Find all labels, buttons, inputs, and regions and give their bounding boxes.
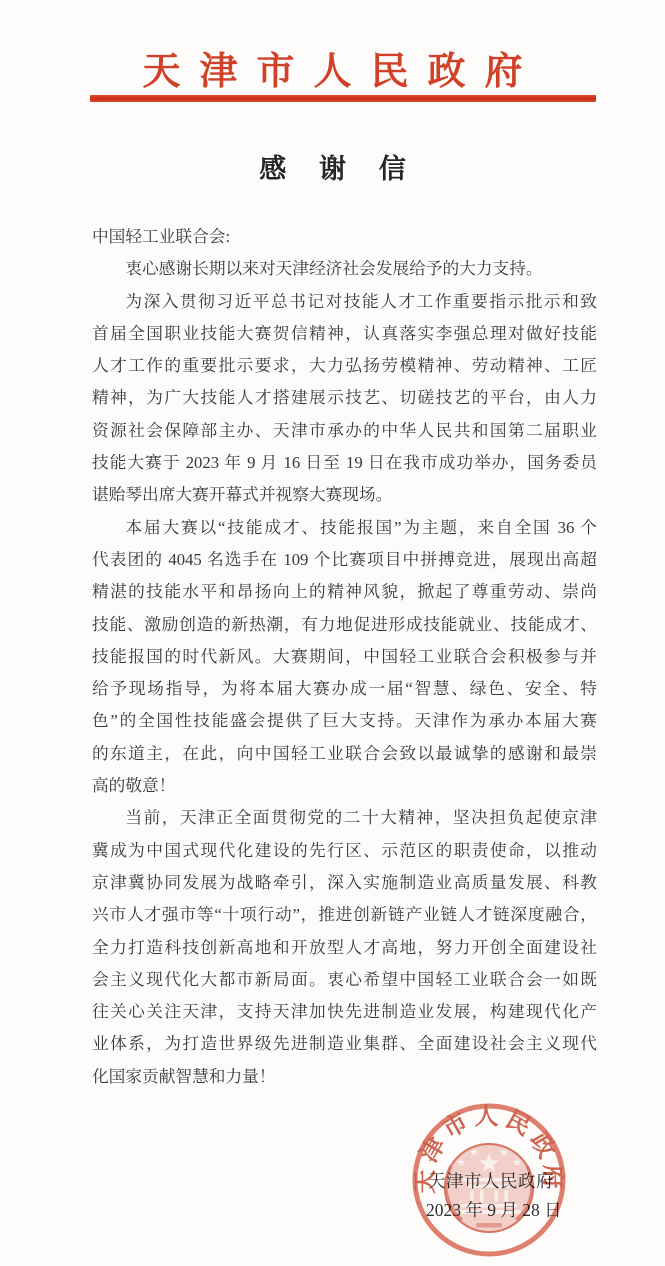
letterhead-org-name: 天津市人民政府: [0, 40, 665, 95]
letter-line: 兴市人才强市等“十项行动”，推进创新链产业链人才链深度融合，: [92, 899, 597, 931]
letter-line: 色”的全国性技能盛会提供了巨大支持。天津作为承办本届大赛: [92, 705, 597, 737]
letter-line: 本届大赛以“技能成才、技能报国”为主题，来自全国 36 个: [92, 512, 597, 544]
letterhead-rule: [90, 95, 596, 102]
letter-line: 首届全国职业技能大赛贺信精神，认真落实李强总理对做好技能: [92, 318, 597, 350]
letter-line: 精湛的技能水平和昂扬向上的精神风貌，掀起了尊重劳动、崇尚: [92, 576, 597, 608]
letter-line: 当前，天津正全面贯彻党的二十大精神，坚决担负起使京津: [92, 802, 597, 834]
svg-text:★: ★: [499, 1146, 509, 1159]
letter-line: 衷心感谢长期以来对天津经济社会发展给予的大力支持。: [92, 253, 597, 285]
letter-line: 精神，为广大技能人才搭建展示技艺、切磋技艺的平台，由人力: [92, 382, 597, 414]
letter-line: 京津冀协同发展为战略牵引，深入实施制造业高质量发展、科教: [92, 867, 597, 899]
letter-line: 给予现场指导，为将本届大赛办成一届“智慧、绿色、安全、特: [92, 673, 597, 705]
letter-line: 为深入贯彻习近平总书记对技能人才工作重要指示批示和致: [92, 286, 597, 318]
letter-line: 代表团的 4045 名选手在 109 个比赛项目中拼搏竞进，展现出高超: [92, 544, 597, 576]
letter-line: 资源社会保障部主办、天津市承办的中华人民共和国第二届职业: [92, 415, 597, 447]
official-seal: 天津市人民政府 ★ ★ ★ ★ ★: [404, 1095, 574, 1265]
letter-body: 中国轻工业联合会:衷心感谢长期以来对天津经济社会发展给予的大力支持。为深入贯彻习…: [92, 221, 597, 1093]
letter-title: 感 谢 信: [0, 147, 665, 186]
letter-line: 技能、激励创造的新热潮，有力地促进形成技能就业、技能成才、: [92, 609, 597, 641]
letter-line: 技能报国的时代新风。大赛期间，中国轻工业联合会积极参与并: [92, 641, 597, 673]
svg-text:★: ★: [469, 1146, 479, 1159]
letter-line: 冀成为中国式现代化建设的先行区、示范区的职责使命，以推动: [92, 835, 597, 867]
letter-page: 天津市人民政府 感 谢 信 中国轻工业联合会:衷心感谢长期以来对天津经济社会发展…: [0, 0, 665, 1266]
national-emblem-icon: ★ ★ ★ ★ ★: [445, 1144, 533, 1232]
letter-line: 会主义现代化大都市新局面。衷心希望中国轻工业联合会一如既: [92, 964, 597, 996]
letter-line: 全力打造科技创新高地和开放型人才高地，努力开创全面建设社: [92, 932, 597, 964]
letter-line: 的东道主，在此，向中国轻工业联合会致以最诚挚的感谢和最崇: [92, 738, 597, 770]
svg-text:★: ★: [456, 1156, 466, 1169]
letter-line: 技能大赛于 2023 年 9 月 16 日至 19 日在我市成功举办，国务委员: [92, 447, 597, 479]
letter-line: 人才工作的重要批示要求，大力弘扬劳模精神、劳动精神、工匠: [92, 350, 597, 382]
letter-line: 谌贻琴出席大赛开幕式并视察大赛现场。: [92, 479, 597, 511]
svg-text:★: ★: [477, 1149, 500, 1179]
svg-text:★: ★: [512, 1156, 522, 1169]
letter-line: 业体系，为打造世界级先进制造业集群、全面建设社会主义现代: [92, 1028, 597, 1060]
letter-line: 往关心关注天津，支持天津加快先进制造业发展，构建现代化产: [92, 996, 597, 1028]
letter-line: 中国轻工业联合会:: [92, 221, 597, 253]
letter-line: 化国家贡献智慧和力量！: [92, 1061, 597, 1093]
letter-line: 高的敬意！: [92, 770, 597, 802]
